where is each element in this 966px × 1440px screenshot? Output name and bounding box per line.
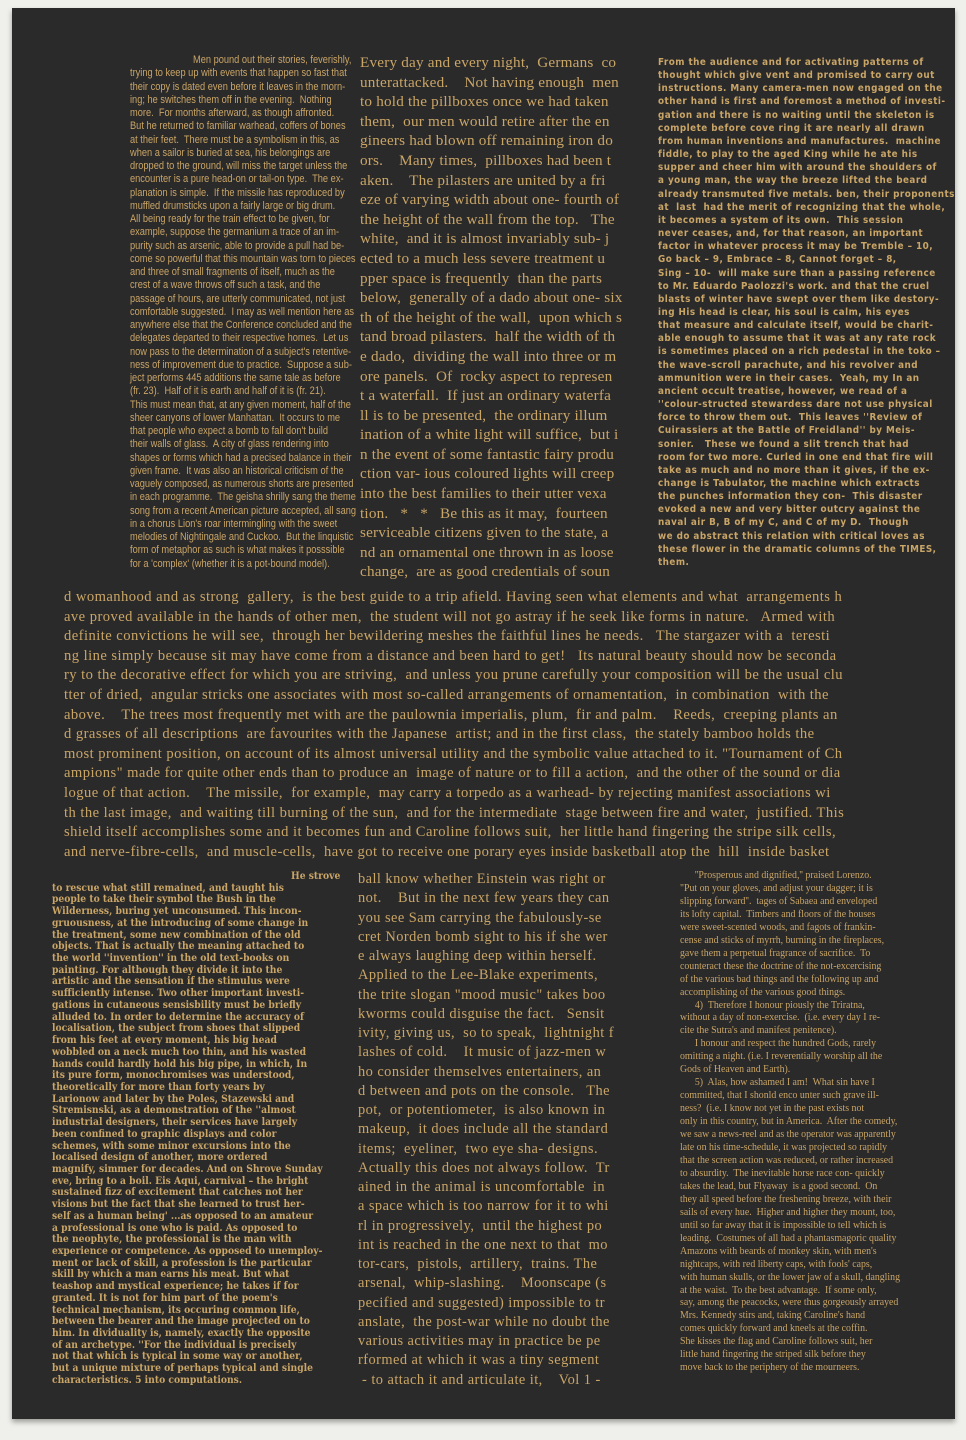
text-line: All being ready for the train effect to … (130, 213, 351, 226)
text-line: pot, or potentiometer, is also known in (358, 1101, 658, 1120)
text-line: encounter is a pure head-on or tail-on t… (130, 173, 351, 186)
text-line: is sometimes placed on a rich pedestal i… (658, 345, 949, 358)
text-line: ivity, giving us, so to speak, lightnigh… (358, 1024, 658, 1043)
text-line: ''Prosperous and dignified,'' praised Lo… (680, 870, 950, 883)
text-line: sustained fizz of excitement that catche… (52, 1187, 322, 1199)
text-line: th of the height of the wall, upon which… (360, 308, 660, 328)
text-line: From the audience and for activating pat… (658, 56, 949, 69)
text-line: delegates departed to their respective h… (130, 332, 351, 345)
text-line: cite the Sutra's and manifest penitence)… (680, 1025, 950, 1038)
text-line: pper space is frequently than the parts (360, 269, 660, 289)
text-line: change is Tabulator, the machine which e… (658, 477, 949, 490)
text-line: the punches information they con- This d… (658, 490, 949, 503)
text-line: fiddle, to play to the aged King while h… (658, 148, 949, 161)
text-line: melodies of Nightingale and Cuckoo. But … (130, 531, 351, 544)
text-line: tter of dried, angular stricks one assoc… (64, 686, 944, 706)
text-line: between the bearer and the image project… (52, 1316, 322, 1328)
text-line: arsenal, whip-slashing. Moonscape (s (358, 1274, 658, 1293)
text-line: nd an ornamental one thrown in as loose (360, 543, 660, 563)
text-line: of the various bad things and the follow… (680, 974, 950, 987)
text-line: that measure and calculate itself, would… (658, 319, 949, 332)
text-line: Wilderness, buring yet unconsumed. This … (52, 906, 322, 918)
text-line: Every day and every night, Germans co (360, 53, 660, 73)
text-line: say, among the peacocks, were thus gorge… (680, 1297, 950, 1310)
text-line: d grasses of all descriptions are favour… (64, 725, 944, 745)
text-column-top-right: From the audience and for activating pat… (658, 56, 949, 569)
text-line: given frame. It was also an historical c… (130, 465, 351, 478)
text-line: theoretically for more than forty years … (52, 1082, 322, 1094)
text-line: She kisses the flag and Caroline follows… (680, 1336, 950, 1349)
text-line: and nerve-fibre-cells, and muscle-cells,… (64, 843, 944, 863)
text-line: factor in whatever process it may be Tre… (658, 240, 949, 253)
text-line: sheer canyons of lower Manhattan. It occ… (130, 412, 351, 425)
text-line: ng line simply because sit may have come… (64, 647, 944, 667)
text-line: its pure form, monochromises was underst… (52, 1070, 322, 1082)
text-line: room for two more. Curled in one end tha… (658, 451, 949, 464)
text-line: d between and pots on the console. The (358, 1082, 658, 1101)
text-line: omitting a night. (i.e. I reverentially … (680, 1051, 950, 1064)
text-line: from his feet at every moment, his big h… (52, 1035, 322, 1047)
text-column-top-left: Men pound out their stories, feverishly,… (130, 54, 312, 571)
text-line: sufficiently intense. Two other importan… (52, 988, 322, 1000)
text-line: tand broad pilasters. half the width of … (360, 327, 660, 347)
text-line: unterattacked. Not having enough men (360, 73, 660, 93)
text-line: instructions. Many camera-men now engage… (658, 82, 949, 95)
text-column-bottom-middle: ball know whether Einstein was right orn… (358, 870, 658, 1390)
text-line: pecified and suggested) impossible to tr (358, 1294, 658, 1313)
text-line: ave proved available in the hands of oth… (64, 608, 944, 628)
text-line: vaguely composed, as numerous shorts are… (130, 478, 351, 491)
text-line: little hand fingering the striped silk b… (680, 1349, 950, 1362)
text-line: already transmuted five metals. ben, the… (658, 188, 949, 201)
text-line: move back to the periphery of the mourne… (680, 1362, 950, 1375)
text-line: white, and it is almost invariably sub- … (360, 229, 660, 249)
text-line: evoked a new and very bitter outcry agai… (658, 503, 949, 516)
text-line: were sweet-scented woods, and fagots of … (680, 922, 950, 935)
text-line: alluded to. In order to determine the ac… (52, 1012, 322, 1024)
text-line: gineers had blown off remaining iron do (360, 131, 660, 151)
text-line: Actually this does not always follow. Tr (358, 1159, 658, 1178)
text-line: above. The trees most frequently met wit… (64, 706, 944, 726)
text-line: able enough to assume that it was at any… (658, 332, 949, 345)
text-line: Sing – 10- will make sure than a passing… (658, 267, 949, 280)
text-line: slipping forward''. tages of Sabaea and … (680, 896, 950, 909)
text-line: magnify, simmer for decades. And on Shro… (52, 1164, 322, 1176)
text-line: dropped to the ground, will miss the tar… (130, 160, 351, 173)
text-line: objects. That is actually the meaning at… (52, 941, 322, 953)
text-line: gations in cutaneous sensisbility must b… (52, 1000, 322, 1012)
text-line: cense and sticks of myrrh, burning in th… (680, 935, 950, 948)
text-line: I honour and respect the hundred Gods, r… (680, 1038, 950, 1051)
text-line: leading. Costumes of all had a phantasma… (680, 1233, 950, 1246)
text-line: artistic and the sensation if the stimul… (52, 976, 322, 988)
text-line: committed, that I shonld enco unter such… (680, 1090, 950, 1103)
text-line: self as a human being' ...as opposed to … (52, 1211, 322, 1223)
text-line: accomplishing of the various good things… (680, 987, 950, 1000)
text-line: without a day of non-exercise. (i.e. eve… (680, 1012, 950, 1025)
text-line: change, are as good credentials of soun (360, 562, 660, 582)
text-line: until so far away that it is impossible … (680, 1220, 950, 1233)
text-line: (fr. 23). Half of it is earth and half o… (130, 385, 351, 398)
text-line: kworms could disguise the fact. Sensit (358, 1005, 658, 1024)
text-line: been confined to graphic displays and co… (52, 1129, 322, 1141)
text-line: supper and cheer him with around the sho… (658, 161, 949, 174)
text-line: for a 'complex' (whether it is a pot-bou… (130, 558, 351, 571)
text-line: definite convictions he will see, throug… (64, 627, 944, 647)
text-line: 4) Therefore I honour piously the Trirat… (680, 1000, 950, 1013)
text-line: blasts of winter have swept over them li… (658, 293, 949, 306)
text-line: ction var- ious coloured lights will cre… (360, 464, 660, 484)
text-line: at their feet. There must be a symbolism… (130, 134, 351, 147)
text-line: d womanhood and as strong gallery, is th… (64, 588, 944, 608)
text-line: them, our men would retire after the en (360, 112, 660, 132)
text-line: experience or competence. As opposed to … (52, 1246, 322, 1258)
text-line: it becomes a system of its own. This ses… (658, 214, 949, 227)
text-line: Men pound out their stories, feverishly, (130, 54, 351, 67)
text-line: only in this country, but in America. Af… (680, 1116, 950, 1129)
text-line: come so powerful that this mountain was … (130, 253, 351, 266)
text-line: ll is to be presented, the ordinary illu… (360, 406, 660, 426)
text-line: to absurdity. The inevitable horse race … (680, 1168, 950, 1181)
text-line: shapes or forms which had a precised bal… (130, 452, 351, 465)
text-line: but a unique mixture of perhaps typical … (52, 1363, 322, 1375)
text-line: ness? (i.e. I know not yet in the past e… (680, 1103, 950, 1116)
text-line: most prominent position, on account of i… (64, 745, 944, 765)
text-line: schemes, with some minor excursions into… (52, 1141, 322, 1153)
text-line: complete before cove ring it are nearly … (658, 122, 949, 135)
printed-page: Men pound out their stories, feverishly,… (12, 8, 955, 1419)
text-line: This must mean that, at any given moment… (130, 399, 351, 412)
text-line: He strove (52, 871, 340, 883)
text-line: passage of hours, are utterly communicat… (130, 293, 351, 306)
text-line: to Mr. Eduardo Paolozzi's work. and that… (658, 280, 949, 293)
text-line: Applied to the Lee-Blake experiments, (358, 966, 658, 985)
text-line: form of metaphor as such is what makes i… (130, 544, 351, 557)
text-line: "Put on your gloves, and adjust your dag… (680, 883, 950, 896)
text-line: not that which is typical in some way or… (52, 1351, 322, 1363)
text-line: song from a recent American picture acce… (130, 505, 351, 518)
text-line: eve, bring to a boil. Eis Aqui, carnival… (52, 1176, 322, 1188)
text-line: n the event of some fantastic fairy prod… (360, 445, 660, 465)
text-line: from human inventions and manufactures. … (658, 135, 949, 148)
text-line: lashes of cold. It music of jazz-men w (358, 1043, 658, 1062)
text-line: wobbled on a neck much too thin, and his… (52, 1047, 322, 1059)
text-line: ball know whether Einstein was right or (358, 870, 658, 889)
text-line: we saw a news-reel and as the operator w… (680, 1129, 950, 1142)
text-line: localisation, the subject from shoes tha… (52, 1023, 322, 1035)
text-column-top-middle: Every day and every night, Germans count… (360, 53, 660, 582)
text-line: serviceable citizens given to the state,… (360, 523, 660, 543)
text-line: rl in progressively, until the highest p… (358, 1217, 658, 1236)
text-line: comfortable suggested. I may as well men… (130, 306, 351, 319)
text-line: late on his time-schedule, it was projec… (680, 1142, 950, 1155)
text-line: But he returned to familiar warhead, cof… (130, 120, 351, 133)
text-line: rformed at which it was a tiny segment (358, 1351, 658, 1370)
text-line: trying to keep up with events that happe… (130, 67, 351, 80)
text-line: ancient occult treatise, however, we rea… (658, 385, 949, 398)
text-line: to rescue what still remained, and taugh… (52, 883, 322, 895)
text-line: the world ''invention'' in the old text-… (52, 953, 322, 965)
text-line: in a chorus Lion's roar intermingling wi… (130, 518, 351, 531)
text-line: sonier. These we found a slit trench tha… (658, 438, 949, 451)
text-line: and three of small fragments of itself, … (130, 266, 351, 279)
text-line: int is reached in the one next to that m… (358, 1236, 658, 1255)
text-line: in each programme. The geisha shrilly sa… (130, 491, 351, 504)
text-line: tor-cars, pistols, artillery, trains. Th… (358, 1255, 658, 1274)
text-line: items; eyeliner, two eye sha- designs. (358, 1140, 658, 1159)
text-line: ness of improvement due to practice. Sup… (130, 359, 351, 372)
text-line: localised design of another, more ordere… (52, 1152, 322, 1164)
text-line: example, suppose the germanium a trace o… (130, 226, 351, 239)
text-line: crest of a wave throws off such a task, … (130, 279, 351, 292)
text-line: these flower in the dramatic columns of … (658, 543, 949, 556)
text-line: comes quickly forward and kneels at the … (680, 1323, 950, 1336)
text-line: they all speed before the freshening bre… (680, 1194, 950, 1207)
text-line: them. (658, 556, 949, 569)
text-line: nightcaps, with red liberty caps, with f… (680, 1259, 950, 1272)
text-line: Gods of Heaven and Earth). (680, 1064, 950, 1077)
text-line: characteristics. 5 into computations. (52, 1375, 322, 1387)
text-line: gruousness, at the introducing of some c… (52, 918, 322, 930)
text-line: more. For months afterward, as though af… (130, 107, 351, 120)
text-line: e dado, dividing the wall into three or … (360, 347, 660, 367)
text-line: muffled drumsticks upon a fairly large o… (130, 200, 351, 213)
text-line: you see Sam carrying the fabulously-se (358, 909, 658, 928)
text-line: a young man, the way the breeze lifted t… (658, 174, 949, 187)
text-line: teashop and mystical experience; he take… (52, 1281, 322, 1293)
text-column-bottom-right: ''Prosperous and dignified,'' praised Lo… (680, 870, 950, 1375)
text-line: gave them a perpetual fragrance of sacri… (680, 948, 950, 961)
text-line: Stremisnski, as a demonstration of the '… (52, 1105, 322, 1117)
text-line: anywhere else that the Conference conclu… (130, 319, 351, 332)
text-line: tion. * * Be this as it may, fourteen (360, 504, 660, 524)
text-line: anslate, the post-war while no doubt the (358, 1313, 658, 1332)
text-line: counteract these the doctrine of the not… (680, 961, 950, 974)
text-line: take as much and no more than it gives, … (658, 464, 949, 477)
text-line: various activities may in practice be pe (358, 1332, 658, 1351)
text-line: him. In dividuality is, namely, exactly … (52, 1328, 322, 1340)
text-line: to hold the pillboxes once we had taken (360, 92, 660, 112)
text-line: ry to the decorative effect for which yo… (64, 666, 944, 686)
text-line: painting. For although they divide it in… (52, 965, 322, 977)
text-line: a professional is one who is paid. As op… (52, 1223, 322, 1235)
text-line: below, generally of a dado about one- si… (360, 288, 660, 308)
text-line: gation and there is no waiting until the… (658, 109, 949, 122)
text-line: takes the lead, but Flyaway is a good se… (680, 1181, 950, 1194)
text-line: naval air B, B of my C, and C of my D. T… (658, 516, 949, 529)
text-line: of an archetype. ''For the individual is… (52, 1340, 322, 1352)
text-line: their walls of glass. A city of glass re… (130, 438, 351, 451)
text-line: sails of every hue. Higher and higher th… (680, 1207, 950, 1220)
text-line: ject performs 445 additions the same tal… (130, 372, 351, 385)
text-line: ampions" made for quite other ends than … (64, 764, 944, 784)
text-line: with human skulls, or the lower jaw of a… (680, 1272, 950, 1285)
text-line: people to take their symbol the Bush in … (52, 894, 322, 906)
text-line: a space which is too narrow for it to wh… (358, 1197, 658, 1216)
text-line: the wave-scroll parachute, and his revol… (658, 359, 949, 372)
text-line: hands could hardly hold his big pipe, in… (52, 1059, 322, 1071)
text-line: aken. The pilasters are united by a fri (360, 171, 660, 191)
text-line: Mrs. Kennedy stirs and, taking Caroline'… (680, 1310, 950, 1323)
text-line: t a waterfall. If just an ordinary water… (360, 386, 660, 406)
text-line: never ceases, and, for that reason, an i… (658, 227, 949, 240)
text-line: at the waist. To the best advantage. If … (680, 1285, 950, 1298)
text-line: the height of the wall from the top. The (360, 210, 660, 230)
text-line: the neophyte, the professional is the ma… (52, 1234, 322, 1246)
text-line: cret Norden bomb sight to his if she wer (358, 928, 658, 947)
text-line: logue of that action. The missile, for e… (64, 784, 944, 804)
text-line: that people who expect a bomb to fall do… (130, 425, 351, 438)
text-line: Cuirassiers at the Battle of Freidland''… (658, 424, 949, 437)
text-line: when a sailor is buried at sea, his belo… (130, 147, 351, 160)
text-line: at last had the merit of recognizing tha… (658, 201, 949, 214)
text-band-wide: d womanhood and as strong gallery, is th… (64, 588, 944, 862)
text-line: ination of a white light will suffice, b… (360, 425, 660, 445)
text-line: ors. Many times, pillboxes had been t (360, 151, 660, 171)
text-line: granted. It is not for him part of the p… (52, 1293, 322, 1305)
text-line: thought which give vent and promised to … (658, 69, 949, 82)
text-column-bottom-left: He stroveto rescue what still remained, … (52, 871, 322, 1387)
text-line: visions but the fact that she learned to… (52, 1199, 322, 1211)
text-line: 5) Alas, how ashamed I am! What sin have… (680, 1077, 950, 1090)
text-line: ment or lack of skill, a profession is t… (52, 1258, 322, 1270)
text-line: ammunition were in their cases. Yeah, my… (658, 372, 949, 385)
text-line: ore panels. Of rocky aspect to represen (360, 367, 660, 387)
text-line: ing; he switches them off in the evening… (130, 94, 351, 107)
text-line: we do abstract this relation with critic… (658, 530, 949, 543)
text-line: into the best families to their utter ve… (360, 484, 660, 504)
text-line: the trite slogan "mood music" takes boo (358, 986, 658, 1005)
text-line: not. But in the next few years they can (358, 889, 658, 908)
text-line: purity such as arsenic, able to provide … (130, 240, 351, 253)
text-line: Go back – 9, Embrace – 8, Cannot forget … (658, 253, 949, 266)
text-line: makeup, it does include all the standard (358, 1120, 658, 1139)
text-line: eze of varying width about one- fourth o… (360, 190, 660, 210)
text-line: th the last image, and waiting till burn… (64, 804, 944, 824)
text-line: ected to a much less severe treatment u (360, 249, 660, 269)
text-line: force to throw them out. This leaves ''R… (658, 411, 949, 424)
text-line: e always laughing deep within herself. (358, 947, 658, 966)
text-line: that the screen action was reduced, or r… (680, 1155, 950, 1168)
text-line: planation is simple. If the missile has … (130, 187, 351, 200)
text-line: skill by which a man earns his meat. But… (52, 1269, 322, 1281)
text-line: industrial designers, their services hav… (52, 1117, 322, 1129)
text-line: ''colour-structed stewardess dare not us… (658, 398, 949, 411)
text-line: now pass to the determination of a subje… (130, 346, 351, 359)
text-line: its lofty capital. Timbers and floors of… (680, 909, 950, 922)
text-line: ained in the animal is uncomfortable in (358, 1178, 658, 1197)
text-line: their copy is dated even before it leave… (130, 81, 351, 94)
text-line: Larionow and later by the Poles, Stazews… (52, 1094, 322, 1106)
text-line: ing His head is clear, his soul is calm,… (658, 306, 949, 319)
text-line: shield itself accomplishes some and it b… (64, 823, 944, 843)
text-line: the treatment, some new combination of t… (52, 930, 322, 942)
text-line: ho consider themselves entertainers, an (358, 1063, 658, 1082)
text-line: - to attach it and articulate it, Vol 1 … (358, 1371, 658, 1390)
text-line: other hand is first and foremost a metho… (658, 95, 949, 108)
text-line: technical mechanism, its occuring common… (52, 1305, 322, 1317)
text-line: Amazons with beards of monkey skin, with… (680, 1246, 950, 1259)
